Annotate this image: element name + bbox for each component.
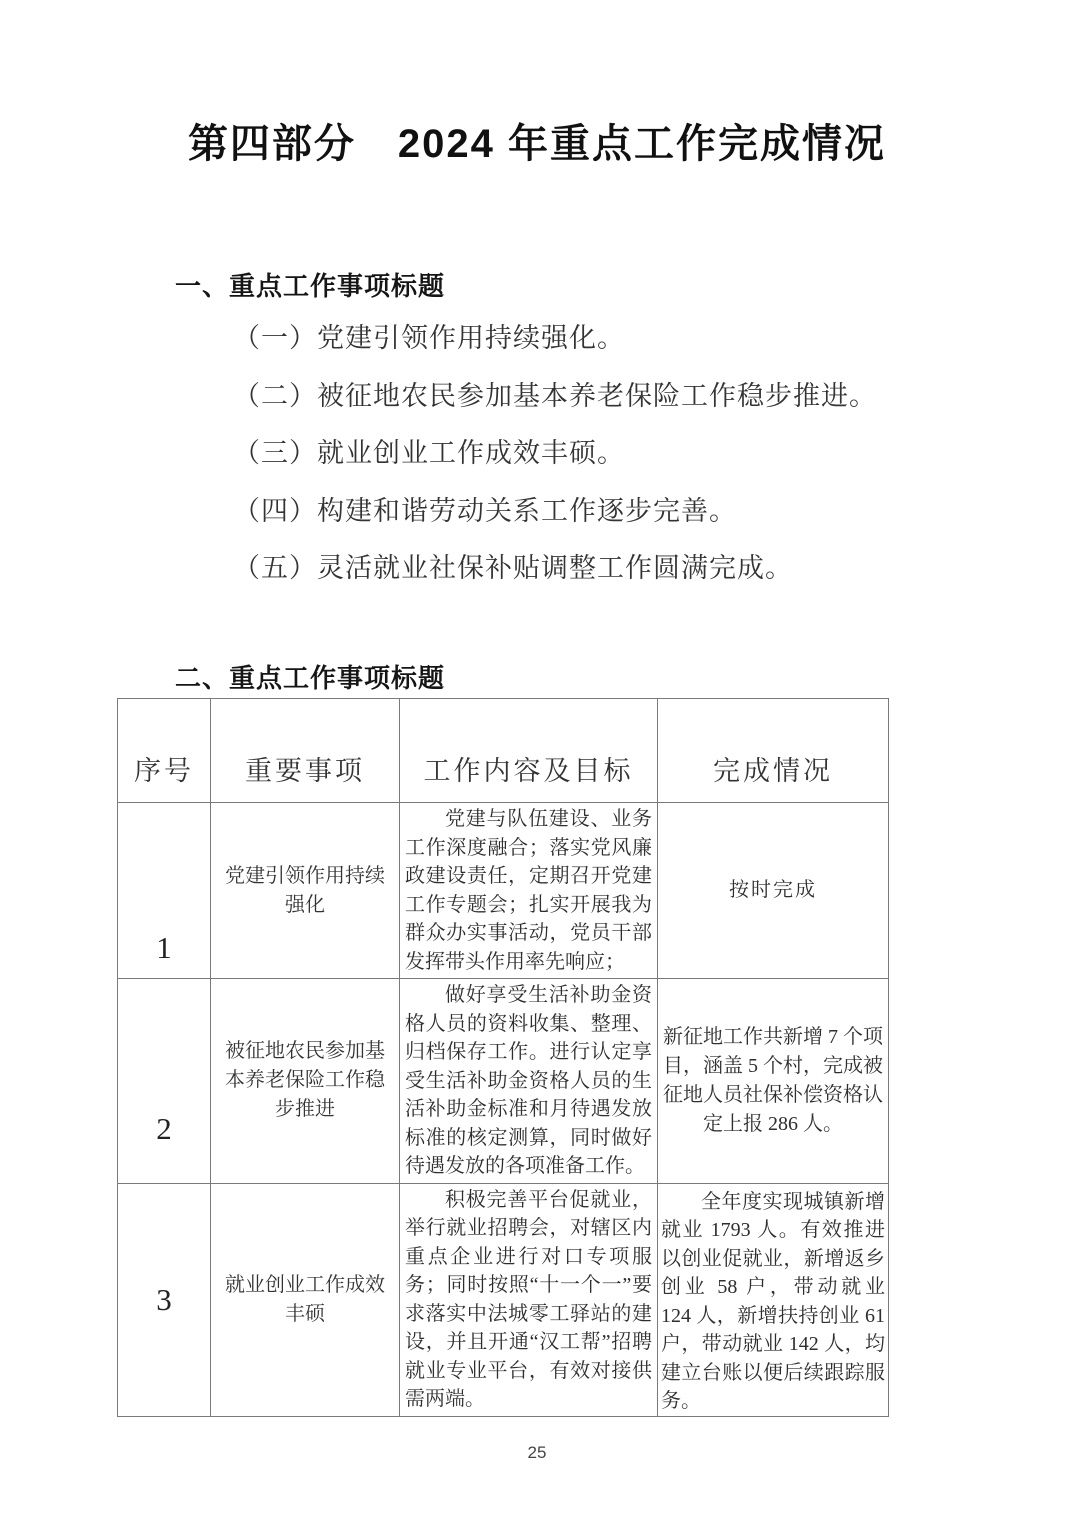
table-header-row: 序号 重要事项 工作内容及目标 完成情况 xyxy=(118,699,889,803)
table-row: 1 党建引领作用持续强化 党建与队伍建设、业务工作深度融合；落实党风廉政建设责任… xyxy=(118,803,889,979)
column-header-completion: 完成情况 xyxy=(658,699,889,803)
row-completion: 新征地工作共新增 7 个项目，涵盖 5 个村，完成被征地人员社保补偿资格认定上报… xyxy=(658,979,889,1184)
column-header-no: 序号 xyxy=(118,699,211,803)
row-completion: 按时完成 xyxy=(658,803,889,979)
table-row: 3 就业创业工作成效丰硕 积极完善平台促就业，举行就业招聘会，对辖区内重点企业进… xyxy=(118,1183,889,1416)
column-header-item: 重要事项 xyxy=(211,699,400,803)
list-item: （五）灵活就业社保补贴调整工作圆满完成。 xyxy=(233,546,973,604)
row-completion: 全年度实现城镇新增就业 1793 人。有效推进以创业促就业，新增返乡创业 58 … xyxy=(658,1183,889,1416)
list-item: （二）被征地农民参加基本养老保险工作稳步推进。 xyxy=(233,374,973,432)
document-page: 第四部分 2024 年重点工作完成情况 一、重点工作事项标题 （一）党建引领作用… xyxy=(0,0,1074,1520)
key-work-table: 序号 重要事项 工作内容及目标 完成情况 1 党建引领作用持续强化 党建与队伍建… xyxy=(117,698,889,1417)
row-no: 2 xyxy=(118,979,211,1184)
list-item: （三）就业创业工作成效丰硕。 xyxy=(233,431,973,489)
section1-item-list: （一）党建引领作用持续强化。 （二）被征地农民参加基本养老保险工作稳步推进。 （… xyxy=(233,316,973,604)
row-no: 3 xyxy=(118,1183,211,1416)
row-item: 党建引领作用持续强化 xyxy=(211,803,400,979)
row-content: 党建与队伍建设、业务工作深度融合；落实党风廉政建设责任，定期召开党建工作专题会；… xyxy=(400,803,658,979)
list-item: （四）构建和谐劳动关系工作逐步完善。 xyxy=(233,489,973,547)
column-header-content: 工作内容及目标 xyxy=(400,699,658,803)
page-number: 25 xyxy=(0,1443,1074,1463)
row-no: 1 xyxy=(118,803,211,979)
table-row: 2 被征地农民参加基本养老保险工作稳步推进 做好享受生活补助金资格人员的资料收集… xyxy=(118,979,889,1184)
row-item: 就业创业工作成效丰硕 xyxy=(211,1183,400,1416)
section1-heading: 一、重点工作事项标题 xyxy=(175,266,445,303)
row-item: 被征地农民参加基本养老保险工作稳步推进 xyxy=(211,979,400,1184)
section2-heading: 二、重点工作事项标题 xyxy=(175,658,445,695)
row-content: 做好享受生活补助金资格人员的资料收集、整理、归档保存工作。进行认定享受生活补助金… xyxy=(400,979,658,1184)
row-content: 积极完善平台促就业，举行就业招聘会，对辖区内重点企业进行对口专项服务；同时按照“… xyxy=(400,1183,658,1416)
page-title: 第四部分 2024 年重点工作完成情况 xyxy=(0,112,1074,169)
list-item: （一）党建引领作用持续强化。 xyxy=(233,316,973,374)
